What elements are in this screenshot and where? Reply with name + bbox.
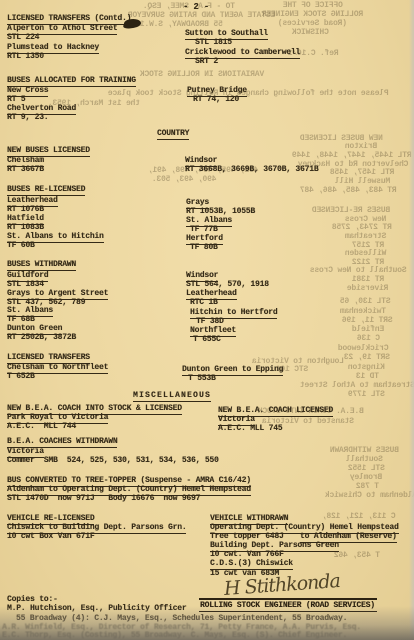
text-line: RT 9, 23. bbox=[7, 114, 48, 123]
bleedthrough-line: T 453, 462 bbox=[334, 552, 380, 561]
text-line: RT 2502B, 3872B bbox=[7, 334, 76, 343]
text-line: A.E.C. MLL 745 bbox=[218, 425, 282, 434]
bleedthrough-line: VARIATIONS IN ROLLING STOCK bbox=[140, 71, 264, 80]
bleedthrough-line: SRT 19, 23 bbox=[344, 354, 390, 363]
scan-edge bbox=[409, 0, 414, 640]
bleedthrough-line: STL 1779 bbox=[348, 391, 385, 400]
text-line: RTC 1B bbox=[190, 299, 218, 308]
scan-shadow bbox=[0, 606, 414, 640]
bleedthrough-line: CHISWICK bbox=[292, 29, 329, 38]
text-line: RTL 1350 bbox=[7, 53, 44, 62]
text-line: COUNTRY bbox=[157, 130, 189, 140]
text-line: RT 3668B, 3669B, 3670B, 3671B bbox=[185, 166, 318, 175]
bleedthrough-line: Riverside bbox=[347, 285, 388, 294]
page-number: - 2 - bbox=[183, 3, 209, 12]
text-line: BUSES RE-LICENSED bbox=[7, 186, 85, 196]
text-line: RT 3667B bbox=[7, 166, 44, 175]
text-line: T 652B bbox=[7, 373, 35, 382]
text-line: T 553B bbox=[188, 375, 216, 384]
bleedthrough-line: Aldenham to Chiswick bbox=[325, 492, 414, 501]
text-line: STL 224 bbox=[7, 34, 39, 43]
ink-blot bbox=[124, 18, 142, 29]
text-line: BUSES WITHDRAWN bbox=[7, 261, 76, 271]
text-line: RT 74, 120 bbox=[193, 96, 239, 105]
text-line: MISCELLANEOUS bbox=[133, 392, 211, 402]
document-page: OFFICE OF THEROLLING STOCK ENGINEER(Road… bbox=[0, 0, 414, 640]
text-line: TF 80B bbox=[190, 244, 218, 253]
bleedthrough-line: 490, 493, 503. bbox=[152, 176, 216, 185]
bleedthrough-line: RT 483, 485, 486, 487 bbox=[300, 187, 397, 196]
text-line: STL 1470D now 971J Body 16676 now 9697 bbox=[7, 495, 200, 504]
bleedthrough-line: Please note the following changes in Rol… bbox=[108, 90, 389, 99]
bleedthrough-line: C 136 bbox=[357, 335, 380, 344]
text-line: TF 60B bbox=[7, 242, 35, 251]
text-line: 10 cwt Box Van 671F bbox=[7, 533, 94, 542]
text-line: Commer SMB 524, 525, 530, 531, 534, 536,… bbox=[7, 457, 219, 466]
bleedthrough-line: STL 130, 65 bbox=[340, 298, 391, 307]
text-line: A.E.C. MLL 744 bbox=[7, 423, 76, 432]
text-line: STL 1815 bbox=[195, 39, 232, 48]
text-line: T 655C bbox=[193, 336, 221, 345]
text-line: SRT 2 bbox=[195, 58, 218, 67]
bleedthrough-line: C 113, 121, 128, bbox=[322, 513, 396, 522]
